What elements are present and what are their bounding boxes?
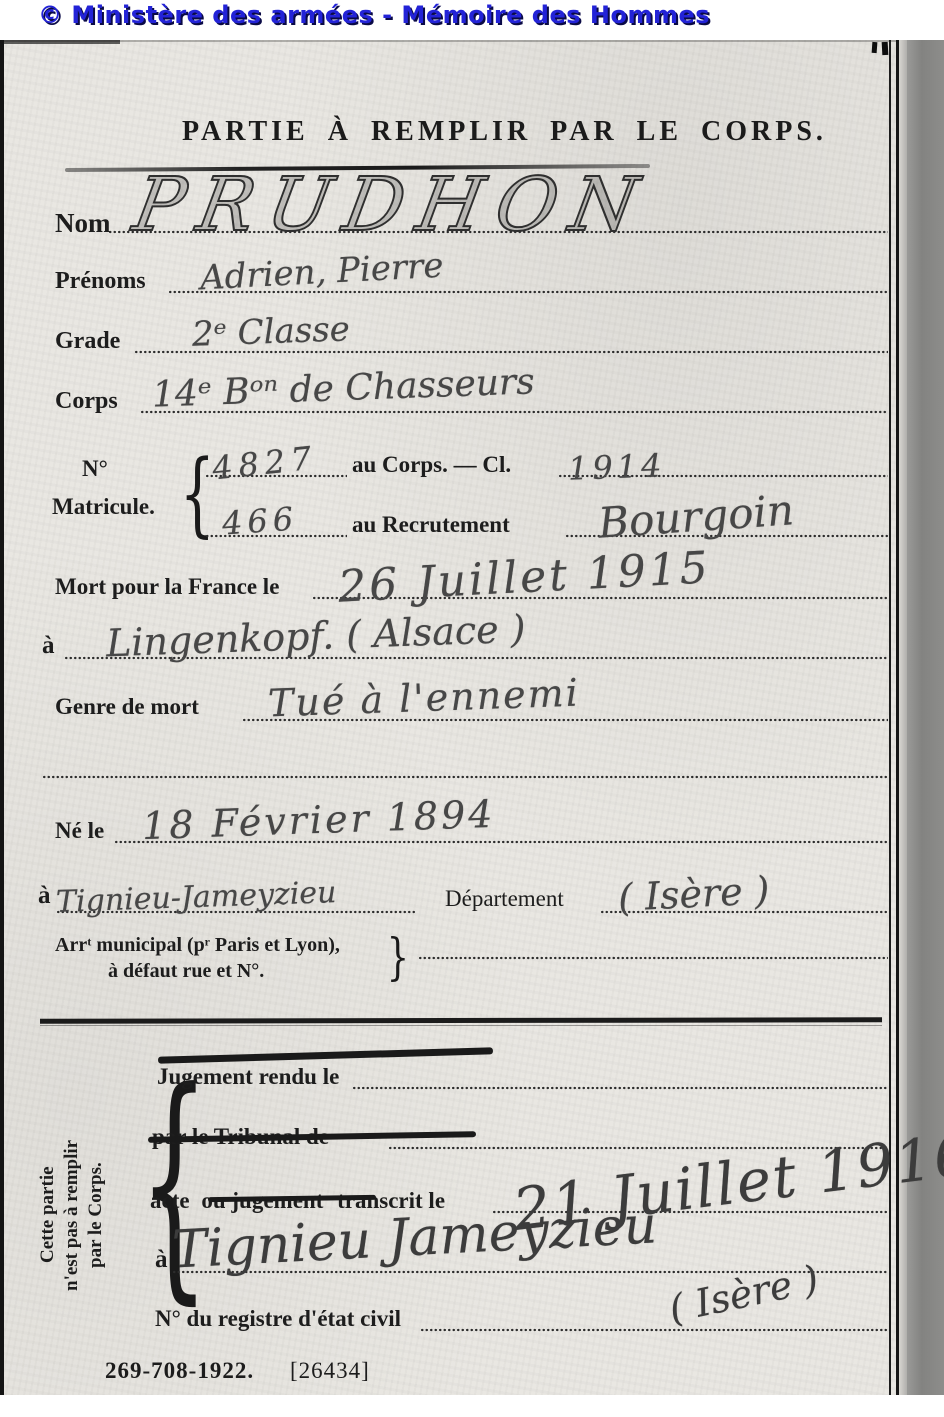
genre-mort-label: Genre de mort bbox=[55, 694, 199, 720]
corps-label: Corps bbox=[55, 388, 118, 415]
side-note-line: par le Corps. bbox=[84, 1085, 108, 1345]
footer-reference: 269-708-1922. bbox=[105, 1358, 254, 1384]
footer-code: [26434] bbox=[290, 1358, 370, 1384]
grade-label: Grade bbox=[55, 328, 120, 355]
side-note-line: Cette partie bbox=[36, 1085, 60, 1345]
nom-label: Nom bbox=[55, 208, 111, 239]
jugement-label: Jugement rendu le bbox=[157, 1064, 339, 1090]
side-note-line: n'est pas à remplir bbox=[60, 1085, 84, 1345]
etat-civil-lieu-label: à bbox=[155, 1246, 168, 1274]
arrondissement-label-line1: Arrᵗ municipal (pʳ Paris et Lyon), bbox=[55, 934, 340, 957]
corps-handwritten-value: 14ᵉ Bᵒⁿ de Chasseurs bbox=[151, 361, 535, 415]
section-divider-rule-shadow bbox=[40, 1025, 882, 1026]
document-page: © Ministère des armées - Mémoire des Hom… bbox=[0, 0, 944, 1417]
recrutement-number: 466 bbox=[221, 499, 300, 542]
registre-label: N° du registre d'état civil bbox=[155, 1306, 401, 1332]
naissance-label: Né le bbox=[55, 818, 104, 844]
arrondissement-brace: } bbox=[387, 928, 409, 986]
scan-top-smudge bbox=[0, 40, 120, 44]
arrondissement-dotted-line bbox=[418, 956, 888, 960]
section-divider-rule bbox=[40, 1017, 882, 1023]
acte-word: acte bbox=[150, 1188, 190, 1213]
scan-top-edge bbox=[0, 40, 944, 42]
matricule-corps-number: 4827 bbox=[210, 439, 319, 488]
jugement-dotted-line bbox=[352, 1086, 888, 1090]
recrutement-place: Bourgoin bbox=[597, 485, 796, 548]
classe-handwritten-value: 1914 bbox=[567, 446, 666, 487]
etat-civil-departement-handwritten: ( Isère ) bbox=[665, 1257, 822, 1332]
nom-handwritten-value: PRUDHON bbox=[127, 162, 657, 248]
prenoms-label: Prénoms bbox=[55, 268, 146, 295]
lieu-naissance-label: à bbox=[38, 882, 51, 910]
registre-dotted-line bbox=[420, 1328, 888, 1332]
form-title: PARTIE À REMPLIR PAR LE CORPS. bbox=[182, 116, 827, 148]
departement-handwritten-value: ( Isère ) bbox=[617, 868, 771, 920]
continuation-dotted-line bbox=[42, 775, 888, 779]
ink-mark bbox=[882, 42, 889, 55]
au-corps-label: au Corps. — Cl. bbox=[352, 452, 511, 478]
au-recrutement-label: au Recrutement bbox=[352, 512, 510, 538]
matricule-label: Matricule. bbox=[52, 494, 155, 520]
departement-label: Département bbox=[445, 886, 564, 912]
mort-label: Mort pour la France le bbox=[55, 574, 279, 600]
lieu-mort-label: à bbox=[42, 632, 55, 660]
copyright-watermark: © Ministère des armées - Mémoire des Hom… bbox=[38, 1, 710, 29]
scan-left-edge bbox=[0, 40, 4, 1395]
arrondissement-label-line2: à défaut rue et N°. bbox=[108, 960, 264, 983]
side-note-vertical: Cette partie n'est pas à remplir par le … bbox=[36, 1085, 108, 1345]
ink-mark bbox=[872, 42, 878, 53]
matricule-no-label: N° bbox=[82, 456, 108, 482]
scanned-form: PARTIE À REMPLIR PAR LE CORPS. Nom PRUDH… bbox=[0, 40, 944, 1395]
mort-handwritten-value: 26 Juillet 1915 bbox=[337, 542, 712, 612]
grade-handwritten-value: 2ᵉ Classe bbox=[191, 309, 350, 354]
matricule-brace: { bbox=[180, 440, 215, 547]
